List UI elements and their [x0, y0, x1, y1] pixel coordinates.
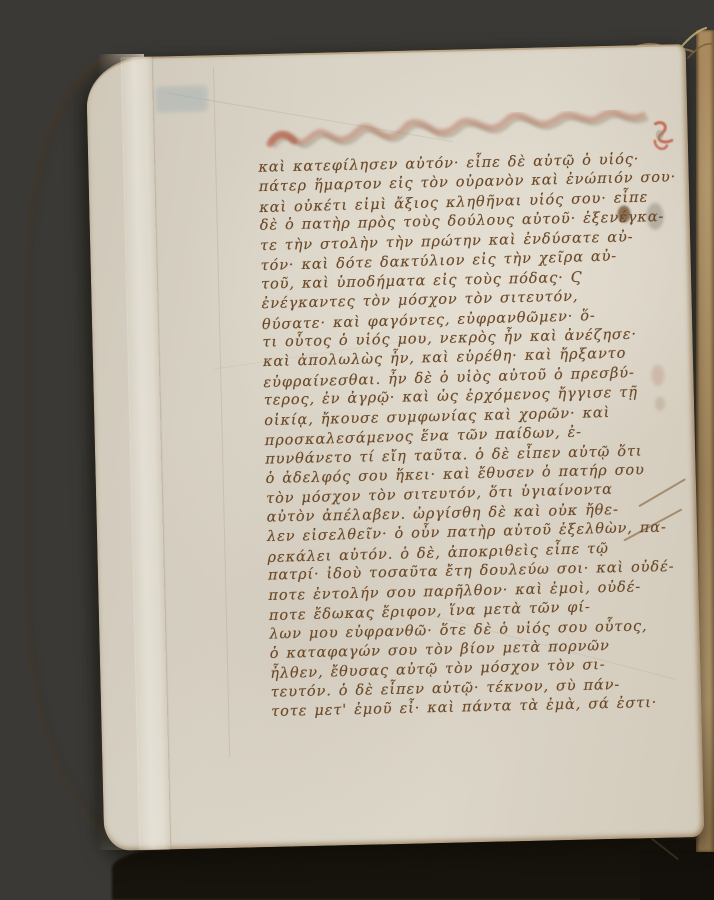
- repair-strip: [122, 57, 171, 850]
- faded-stamp: [155, 85, 208, 112]
- crease-line: [213, 67, 230, 757]
- manuscript-text-block: καὶ κατεφίλησεν αὐτόν· εἶπε δὲ αὐτῷ ὁ υἱ…: [258, 150, 673, 723]
- photo-background: καὶ κατεφίλησεν αὐτόν· εἶπε δὲ αὐτῷ ὁ υἱ…: [0, 0, 714, 900]
- faded-rubric-heading: [263, 109, 660, 154]
- manuscript-page: καὶ κατεφίλησεν αὐτόν· εἶπε δὲ αὐτῷ ὁ υἱ…: [86, 44, 705, 851]
